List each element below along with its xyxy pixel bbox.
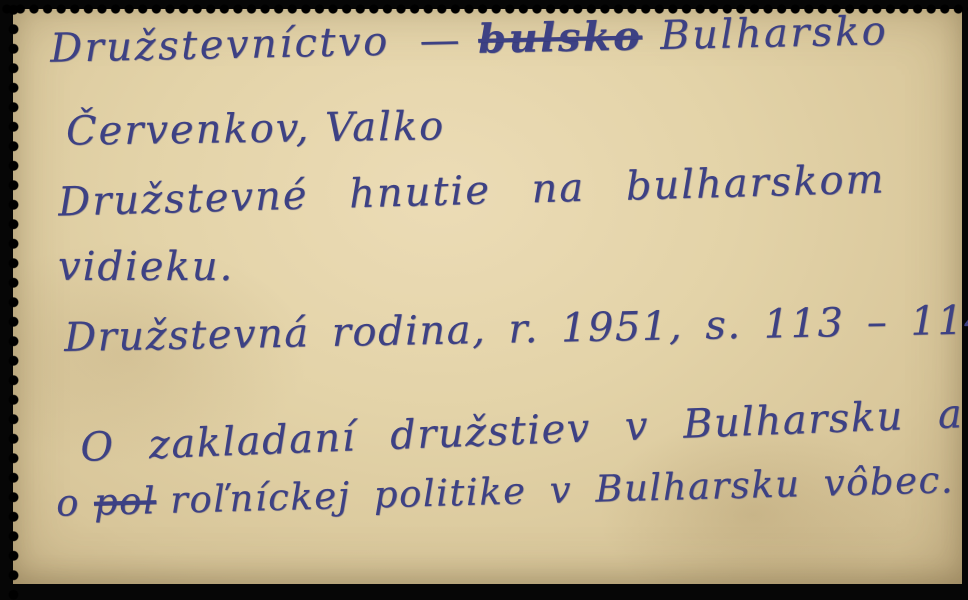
crossed-out-word: bulsko <box>478 12 643 62</box>
author-line: Červenkov, Valko <box>66 103 446 154</box>
annotation-prefix: o <box>56 481 81 525</box>
subject-heading: Družstevníctvo <box>50 19 390 72</box>
subject-region: Bulharsko <box>660 8 889 59</box>
perforation-left-edge <box>5 0 22 600</box>
annotation-crossed-word: pol <box>93 479 156 524</box>
title-line-2: vidieku. <box>58 244 234 290</box>
dash: — <box>419 17 462 64</box>
scanned-catalog-card: Družstevníctvo—bulskoBulharsko Červenkov… <box>0 0 968 600</box>
